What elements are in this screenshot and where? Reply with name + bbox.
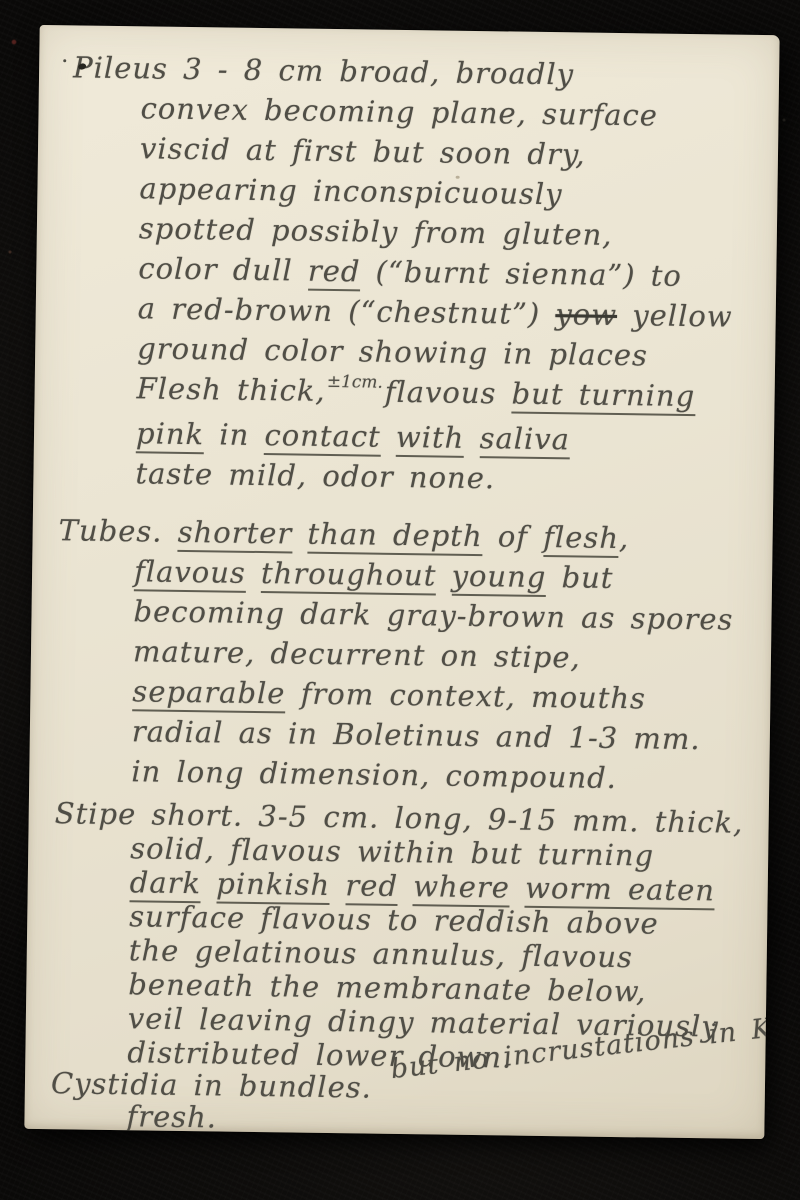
text-segment: convex becoming plane, surface [140, 91, 658, 132]
text-segment: color dull [138, 251, 308, 287]
text-segment: Cystidia in bundles. [51, 1066, 388, 1105]
text-segment: pink [136, 416, 205, 454]
text-segment [436, 558, 452, 592]
text-segment: taste mild, odor none. [135, 456, 495, 495]
paragraph-pileus: Pileus 3 - 8 cm broad, broadlyconvex bec… [49, 47, 765, 502]
paper-speck [456, 176, 460, 179]
text-segment: mature, decurrent on stipe, [133, 634, 581, 674]
text-segment: in long dimension, compound. [131, 754, 617, 795]
text-segment: where [413, 869, 510, 907]
text-segment: yow [555, 297, 617, 332]
text-segment: spotted possibly from gluten, [139, 211, 613, 252]
ink-speck [63, 59, 66, 62]
text-segment [246, 556, 262, 590]
text-segment: from context, mouths [285, 676, 646, 715]
text-segment: becoming dark gray-brown as spores [133, 594, 733, 636]
text-segment: separable [132, 674, 286, 713]
text-segment: (“burnt sienna”) to [360, 254, 682, 292]
text-segment: red [308, 254, 361, 292]
text-segment [330, 868, 346, 902]
text-segment: appearing inconspicuously [139, 171, 563, 211]
text-segment [292, 516, 308, 550]
text-segment: but turning [511, 377, 695, 417]
handwritten-line: taste mild, odor none. [49, 452, 759, 502]
photo-background: { "photo": { "background_color": "#0a090… [0, 0, 800, 1200]
text-segment: than depth [307, 517, 483, 556]
text-segment: , [619, 521, 630, 555]
text-segment: young [451, 559, 546, 597]
text-segment: dark [130, 865, 202, 903]
text-segment: yellow [617, 298, 733, 334]
text-segment [510, 871, 526, 905]
index-card: Pileus 3 - 8 cm broad, broadlyconvex bec… [24, 25, 779, 1139]
text-segment: saliva [479, 421, 570, 459]
text-segment: ground color showing in places [137, 331, 648, 372]
text-segment: viscid at first but soon dry, [140, 131, 586, 171]
paragraph-cystidia: Cystidia in bundles. but no incrustation… [40, 1068, 751, 1139]
text-segment: Pileus 3 - 8 cm broad, broadly [73, 50, 574, 91]
handwritten-line: in long dimension, compound. [45, 750, 755, 800]
text-segment: flavous [134, 554, 246, 593]
text-segment: fresh. [126, 1099, 217, 1134]
text-segment: of [482, 519, 543, 554]
text-segment: flavous [385, 375, 512, 411]
text-segment [464, 421, 480, 455]
paragraph-tubes: Tubes. shorter than depth of flesh,flavo… [45, 510, 759, 800]
text-segment [380, 420, 396, 454]
text-segment: with [396, 420, 465, 458]
text-segment: shorter [177, 515, 292, 554]
text-segment: in [204, 417, 265, 452]
text-segment [201, 866, 217, 900]
text-segment: ±1cm. [326, 362, 383, 403]
text-segment: a red-brown (“chestnut”) [138, 291, 556, 331]
text-segment: throughout [261, 556, 437, 595]
text-segment: radial as in Boletinus and 1-3 mm. [132, 714, 701, 756]
text-segment: Flesh thick, [136, 371, 325, 408]
text-segment: but [546, 560, 614, 595]
handwritten-text: Pileus 3 - 8 cm broad, broadlyconvex bec… [24, 25, 779, 1139]
text-segment: contact [264, 418, 381, 457]
text-segment: flesh [543, 520, 619, 558]
text-segment [398, 869, 414, 903]
text-segment: pinkish [216, 866, 330, 905]
text-segment: red [345, 868, 398, 906]
text-segment: Tubes. [58, 513, 178, 549]
